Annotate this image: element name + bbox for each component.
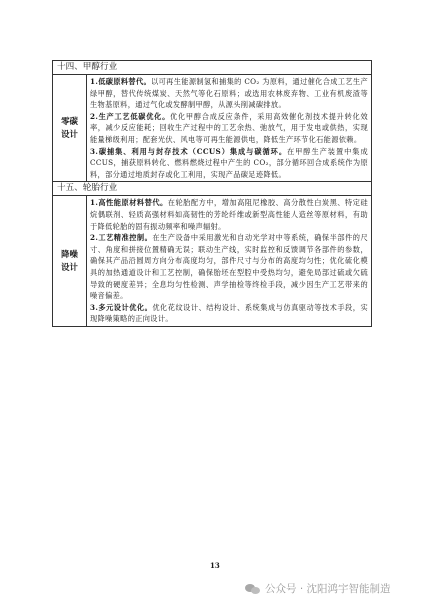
measure-item: 1.低碳原料替代。以可再生能源制氢和捕集的 CO₂ 为原料，通过催化合成工艺生产… [90,76,368,111]
measure-title: 1.低碳原料替代。 [90,77,151,86]
measure-title: 2.生产工艺低碳优化。 [90,112,170,121]
measure-item: 3.碳捕集、利用与封存技术（CCUS）集成与碳循环。在甲醇生产装置中集成 CCU… [90,146,368,181]
content-cell: 1.低碳原料替代。以可再生能源制氢和捕集的 CO₂ 为原料，通过催化合成工艺生产… [87,75,372,182]
row-label-zero-carbon: 零碳 设计 [53,75,87,182]
section-body-row: 零碳 设计 1.低碳原料替代。以可再生能源制氢和捕集的 CO₂ 为原料，通过催化… [53,75,372,182]
measure-item: 1.高性能原材料替代。在轮胎配方中，增加高阻尼橡胶、高分散性白炭黑、特定硅烷偶联… [90,197,368,232]
measure-text: 在生产设备中采用激光和自动光学对中等系统，确保半部件的尺寸、角度和拼接位置精确无… [90,233,368,300]
measure-title: 2.工艺精准控制。 [90,233,152,242]
section-body-row: 降噪 设计 1.高性能原材料替代。在轮胎配方中，增加高阻尼橡胶、高分散性白炭黑、… [53,196,372,327]
label-line: 设计 [53,261,86,274]
measure-title: 1.高性能原材料替代。 [90,198,168,207]
label-line: 设计 [53,128,86,141]
section-header-row: 十五、轮胎行业 [53,182,372,196]
wechat-icon [245,583,261,595]
measure-item: 3.多元设计优化。优化花纹设计、结构设计、系统集成与仿真驱动等技术手段，实现降噪… [90,302,368,325]
measure-title: 3.碳捕集、利用与封存技术（CCUS）集成与碳循环。 [90,147,287,156]
section-header-tire: 十五、轮胎行业 [53,182,372,196]
page-number: 13 [210,561,220,570]
section-header-row: 十四、甲醇行业 [53,61,372,75]
measure-item: 2.工艺精准控制。在生产设备中采用激光和自动光学对中等系统，确保半部件的尺寸、角… [90,232,368,302]
row-label-noise-reduction: 降噪 设计 [53,196,87,327]
label-line: 降噪 [53,248,86,261]
industry-measures-table: 十四、甲醇行业 零碳 设计 1.低碳原料替代。以可再生能源制氢和捕集的 CO₂ … [52,60,372,327]
watermark-text: 公众号 · 沈阳鸿宇智能制造 [265,581,391,596]
content-cell: 1.高性能原材料替代。在轮胎配方中，增加高阻尼橡胶、高分散性白炭黑、特定硅烷偶联… [87,196,372,327]
measure-item: 2.生产工艺低碳优化。优化甲醇合成反应条件，采用高效催化剂技术提升转化效率，减少… [90,111,368,146]
measure-title: 3.多元设计优化。 [90,303,152,312]
watermark: 公众号 · 沈阳鸿宇智能制造 [245,581,391,596]
label-line: 零碳 [53,115,86,128]
section-header-methanol: 十四、甲醇行业 [53,61,372,75]
